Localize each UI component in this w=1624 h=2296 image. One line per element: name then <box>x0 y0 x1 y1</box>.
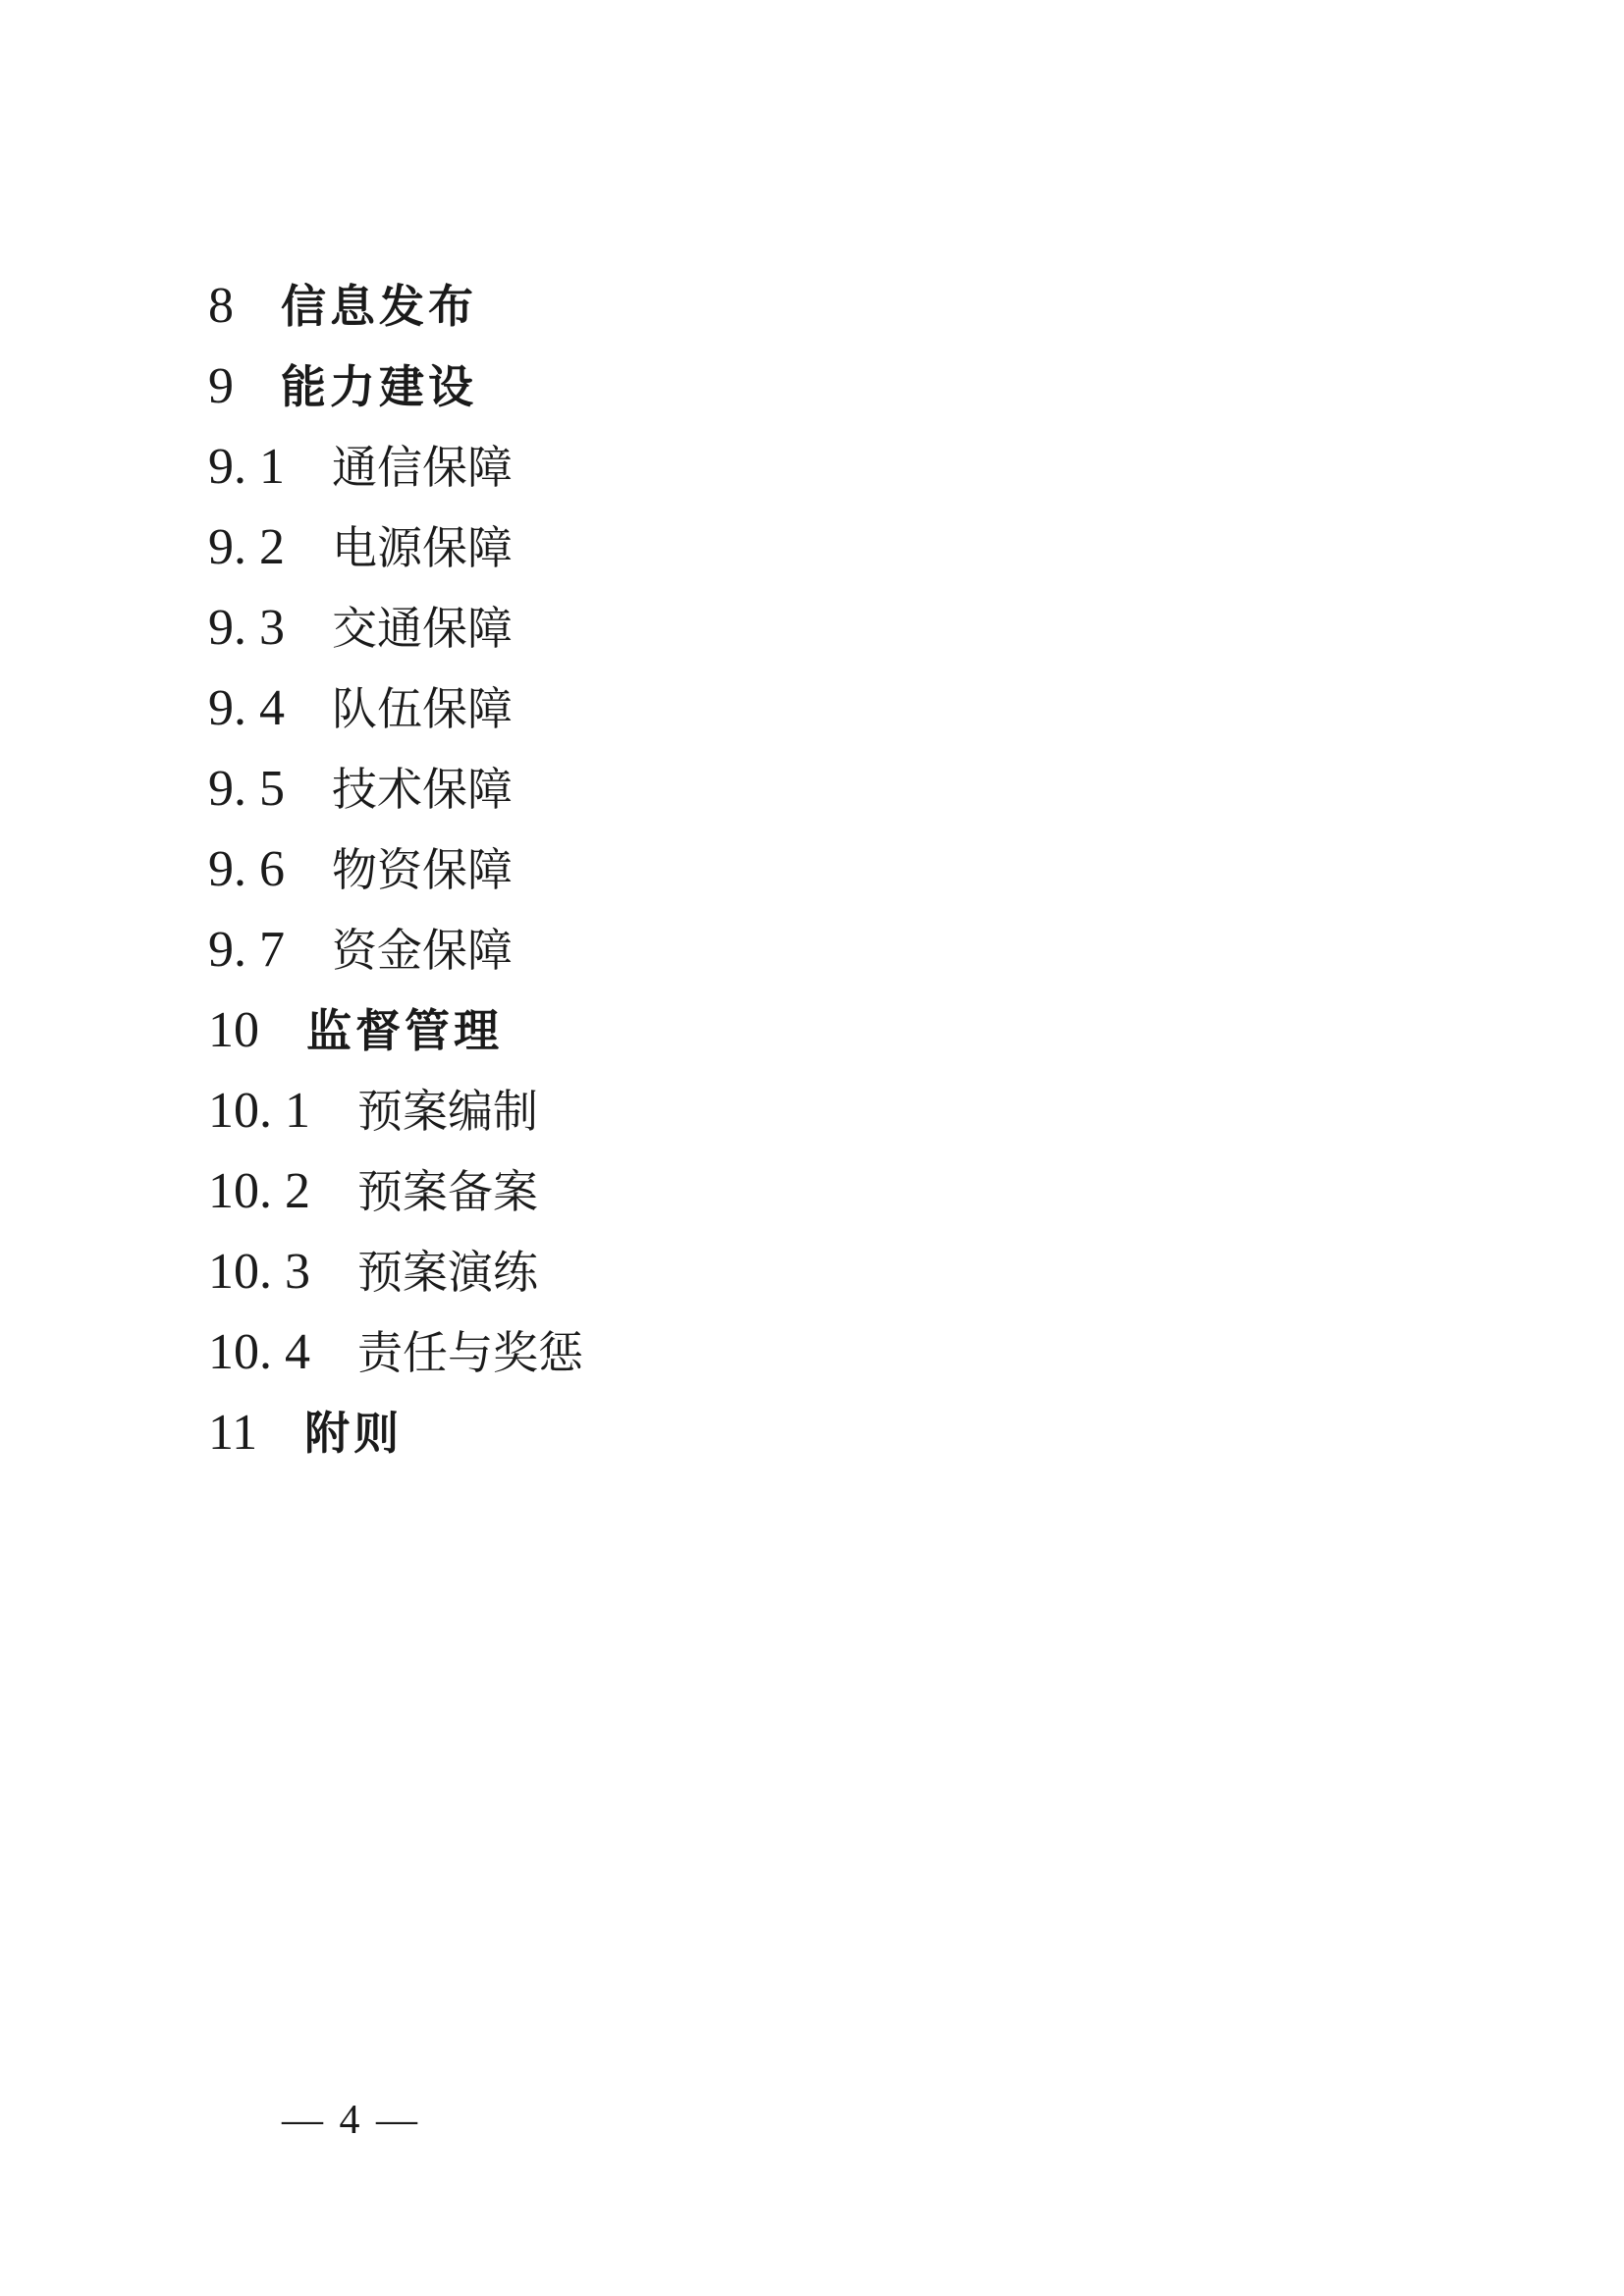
toc-item: 10. 4责任与奖惩 <box>208 1312 583 1393</box>
toc-item-number: 10. 3 <box>208 1244 310 1300</box>
toc-item: 9. 2电源保障 <box>208 507 583 588</box>
toc-item: 10. 2预案备案 <box>208 1151 583 1232</box>
toc-item-number: 9. 2 <box>208 519 285 575</box>
toc-item-number: 10. 1 <box>208 1083 310 1139</box>
toc-list: 8信息发布9能力建设9. 1通信保障9. 2电源保障9. 3交通保障9. 4队伍… <box>208 266 583 1473</box>
toc-item: 9. 1通信保障 <box>208 427 583 507</box>
toc-item: 9. 4队伍保障 <box>208 668 583 749</box>
toc-item: 9. 7资金保障 <box>208 910 583 990</box>
toc-item-number: 11 <box>208 1405 257 1461</box>
toc-item-title: 信息发布 <box>281 281 477 332</box>
toc-item-title: 技术保障 <box>332 765 513 815</box>
toc-item-title: 预案编制 <box>357 1087 538 1137</box>
toc-item-number: 10. 2 <box>208 1163 310 1219</box>
toc-item-title: 能力建设 <box>281 361 477 412</box>
toc-item-number: 8 <box>208 278 234 334</box>
toc-item-title: 监督管理 <box>306 1005 503 1056</box>
toc-item-title: 预案演练 <box>357 1248 538 1298</box>
toc-item: 9. 5技术保障 <box>208 749 583 829</box>
toc-item: 9能力建设 <box>208 347 583 427</box>
toc-item-number: 9. 4 <box>208 680 285 736</box>
toc-item: 9. 3交通保障 <box>208 588 583 668</box>
toc-item-title: 附则 <box>304 1408 403 1459</box>
document-page: 8信息发布9能力建设9. 1通信保障9. 2电源保障9. 3交通保障9. 4队伍… <box>0 0 1624 2296</box>
toc-item-title: 预案备案 <box>357 1167 538 1217</box>
toc-item: 8信息发布 <box>208 266 583 347</box>
toc-item-title: 通信保障 <box>332 443 513 493</box>
toc-item-number: 9. 5 <box>208 761 285 817</box>
toc-item: 9. 6物资保障 <box>208 829 583 910</box>
toc-item-title: 交通保障 <box>332 604 513 654</box>
toc-item: 11附则 <box>208 1393 583 1473</box>
toc-item: 10. 3预案演练 <box>208 1232 583 1312</box>
toc-item-number: 9 <box>208 358 234 414</box>
page-number: — 4 — <box>282 2098 420 2143</box>
toc-item-number: 9. 1 <box>208 439 285 495</box>
toc-item-title: 电源保障 <box>332 523 513 573</box>
toc-item-title: 资金保障 <box>332 926 513 976</box>
toc-item: 10. 1预案编制 <box>208 1071 583 1151</box>
toc-item-number: 10 <box>208 1002 259 1058</box>
page-footer: — 4 — <box>229 2044 420 2197</box>
toc-item-title: 物资保障 <box>332 845 513 895</box>
toc-item-title: 队伍保障 <box>332 684 513 734</box>
toc-item-number: 9. 7 <box>208 922 285 978</box>
toc-item-title: 责任与奖惩 <box>357 1328 583 1378</box>
toc-item: 10监督管理 <box>208 990 583 1071</box>
toc-item-number: 10. 4 <box>208 1324 310 1380</box>
toc-item-number: 9. 3 <box>208 600 285 656</box>
toc-item-number: 9. 6 <box>208 841 285 897</box>
